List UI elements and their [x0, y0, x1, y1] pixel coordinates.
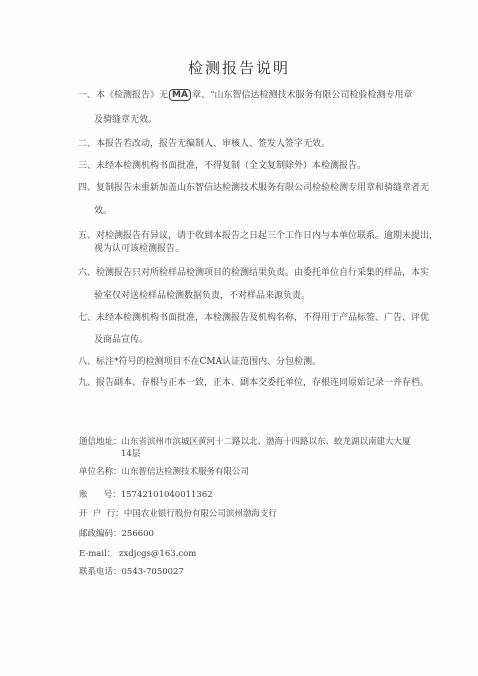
- note-1-continued: 及骑缝章无效。: [94, 114, 157, 127]
- address-label: 通信地址：: [79, 436, 122, 448]
- note-9: 九、报告副本、存根与正本一致，正本、副本交委托单位，存根连同原始记录一并存档。: [78, 377, 429, 390]
- address-value: 山东省滨州市滨城区黄河十二路以北、渤海十四路以东、蛟龙湖以南建大大厦: [122, 436, 411, 448]
- bank-row: 开 户 行：中国农业银行股份有限公司滨州渤海支行: [79, 508, 277, 520]
- email-value[interactable]: zxdjcgs@163.com: [119, 548, 196, 560]
- account-value: 15742101040011362: [121, 489, 213, 501]
- bank-label: 开 户 行：: [79, 508, 124, 520]
- postcode-row: 邮政编码：256600: [79, 528, 154, 540]
- company-value: 山东智信达检测技术服务有限公司: [122, 466, 250, 478]
- account-row: 账 号：15742101040011362: [79, 489, 213, 501]
- account-label: 账 号：: [79, 489, 121, 501]
- note-1-prefix: 一、本《检测报告》无: [78, 91, 168, 101]
- note-4: 四、复制报告未重新加盖山东智信达检测技术服务有限公司检验检测专用章和骑缝章者无: [78, 182, 429, 195]
- phone-label: 联系电话：: [79, 566, 122, 578]
- postcode-value: 256600: [122, 528, 154, 540]
- email-row: E-mail：zxdjcgs@163.com: [79, 548, 196, 560]
- note-6-continued: 验室仅对送检样品检测数据负责，不对样品来源负责。: [94, 290, 310, 303]
- note-5-continued: 视为认可该检测报告。: [94, 243, 184, 256]
- note-7: 七、未经本检测机构书面批准，本检测报告及机构名称，不得用于产品标签、广告、评优: [78, 312, 429, 325]
- address-value-line2: 14层: [121, 448, 140, 460]
- phone-value: 0543-7050027: [122, 566, 184, 578]
- page-title: 检测报告说明: [0, 57, 478, 78]
- note-1: 一、本《检测报告》无MA章、“山东智信达检测技术服务有限公司检验检测专用章: [78, 89, 413, 103]
- note-7-continued: 及商品宣传。: [94, 334, 148, 347]
- note-2: 二、本报告若改动，报告无编制人、审核人、签发人签字无效。: [78, 138, 330, 151]
- note-8: 八、标注*符号的检测项目不在CMA认证范围内、分包检测。: [78, 356, 321, 369]
- company-label: 单位名称：: [79, 466, 122, 478]
- note-3: 三、未经本检测机构书面批准，不得复制（全文复制除外）本检测报告。: [78, 160, 366, 173]
- email-label: E-mail：: [79, 548, 119, 560]
- bank-value: 中国农业银行股份有限公司滨州渤海支行: [124, 508, 277, 520]
- postcode-label: 邮政编码：: [79, 528, 122, 540]
- company-row: 单位名称：山东智信达检测技术服务有限公司: [79, 466, 249, 478]
- note-4-continued: 效。: [94, 205, 112, 218]
- note-5: 五、对检测报告有异议，请于收到本报告之日起三个工作日内与本单位联系。逾期未提出，: [78, 230, 438, 243]
- document-page: 检测报告说明 一、本《检测报告》无MA章、“山东智信达检测技术服务有限公司检验检…: [0, 0, 478, 676]
- note-1-suffix: 章、“山东智信达检测技术服务有限公司检验检测专用章: [192, 91, 413, 101]
- phone-row: 联系电话：0543-7050027: [79, 566, 184, 578]
- note-6: 六、检测报告只对所检样品检测项目的检测结果负责。由委托单位自行采集的样品，本实: [78, 267, 429, 280]
- address-row: 通信地址：山东省滨州市滨城区黄河十二路以北、渤海十四路以东、蛟龙湖以南建大大厦: [79, 436, 411, 448]
- cma-stamp-icon: MA: [169, 89, 191, 101]
